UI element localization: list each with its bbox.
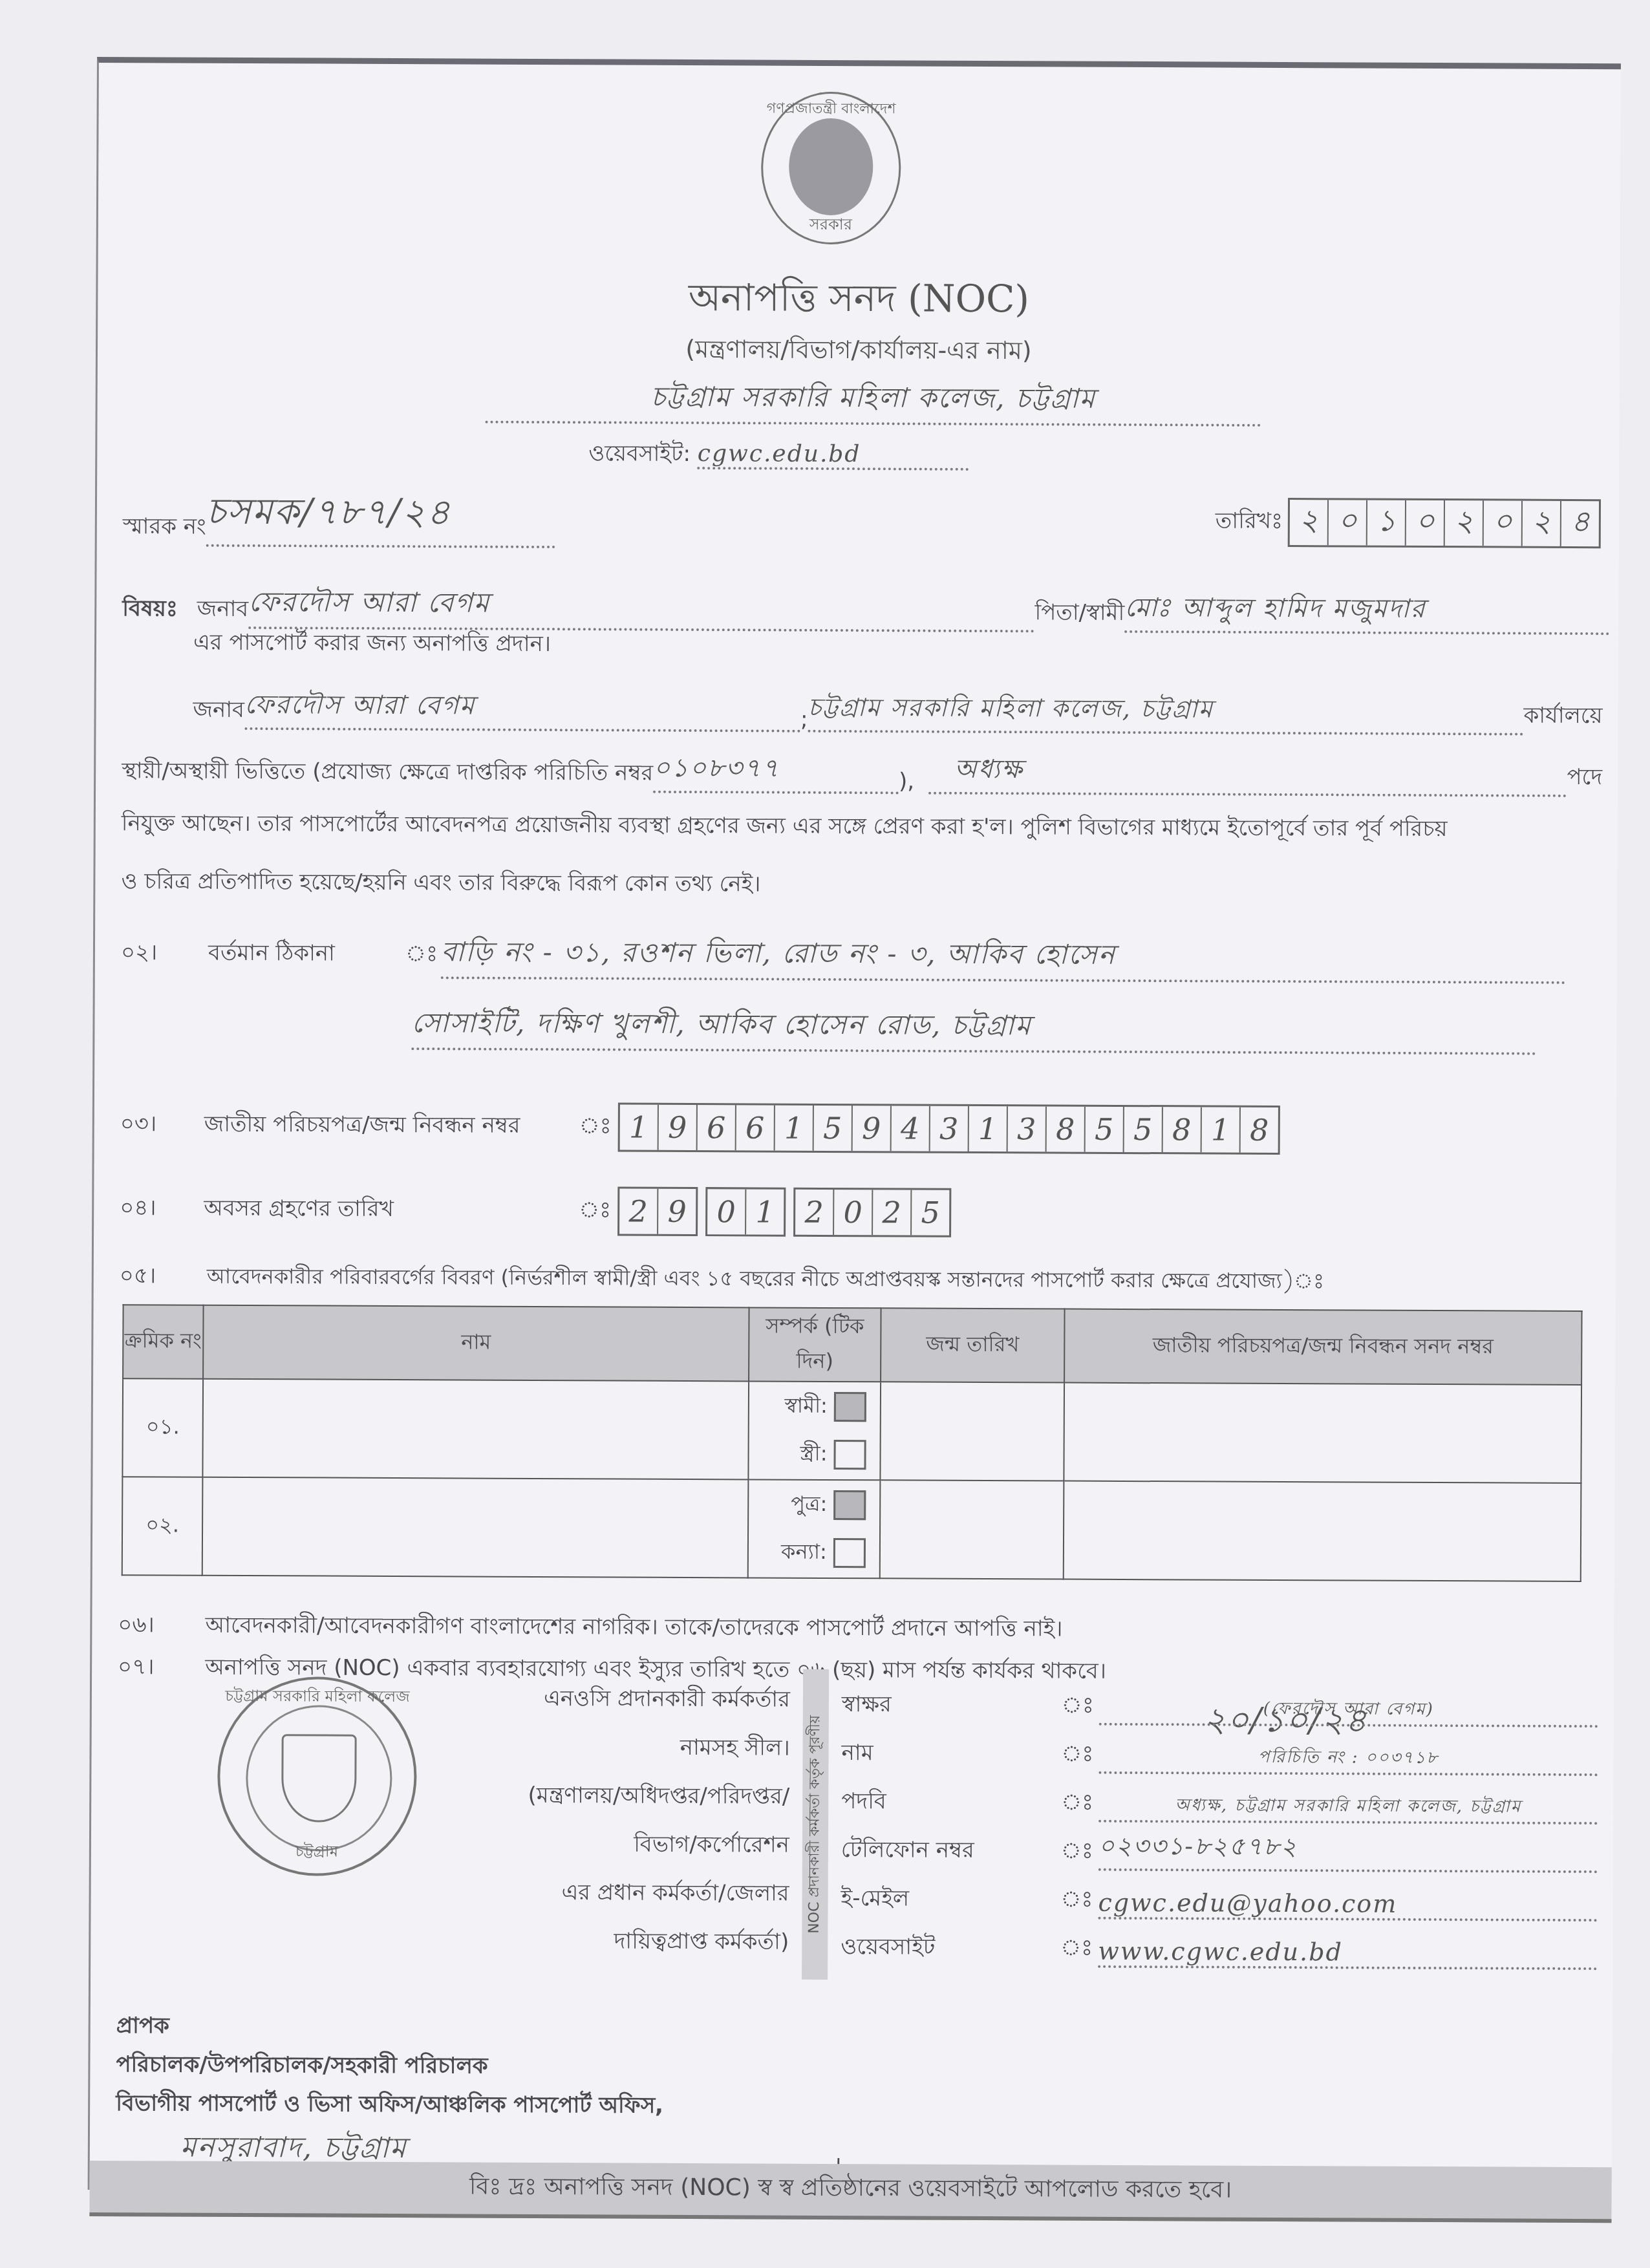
signatory-field-value[interactable]: ০২৩৩১-৮২৫৭৮২ — [1098, 1827, 1598, 1873]
signatory-vertical-label: NOC প্রদানকারী কর্মকর্তা কর্তৃক পূরণীয় — [803, 1715, 828, 1934]
nid-number-field[interactable]: 19661594313855818 — [618, 1103, 1280, 1155]
father-label: পিতা/স্বামী — [1034, 595, 1124, 633]
recipient-label: প্রাপক — [116, 2009, 169, 2046]
digit-box[interactable]: 1 — [620, 1105, 659, 1150]
row-serial: ০১. — [122, 1378, 203, 1477]
nid-label: জাতীয় পরিচয়পত্র/জন্ম নিবন্ধন নম্বর — [204, 1107, 579, 1146]
husband-checkbox[interactable] — [834, 1392, 866, 1422]
row-serial: ০২. — [122, 1477, 203, 1576]
recipient-line-1: পরিচালক/উপপরিচালক/সহকারী পরিচালক — [116, 2048, 487, 2086]
relation-son-label: পুত্র: — [791, 1488, 827, 1523]
basis-label: স্থায়ী/অস্থায়ী ভিত্তিতে (প্রযোজ্য ক্ষে… — [122, 754, 653, 793]
son-checkbox[interactable] — [833, 1490, 866, 1520]
address-label: বর্তমান ঠিকানা — [208, 936, 402, 974]
post-suffix: পদে — [1567, 760, 1602, 797]
digit-box[interactable]: ২ — [1290, 500, 1329, 545]
retirement-num: ০৪। — [120, 1191, 204, 1228]
digit-box[interactable]: ২ — [1445, 500, 1484, 546]
signatory-field-label: স্বাক্ষর — [842, 1687, 1062, 1725]
digit-box[interactable]: ১ — [1367, 500, 1406, 546]
signatory-field-value[interactable]: পরিচিতি নং : ০০৩৭১৮ — [1098, 1743, 1598, 1776]
col-serial: ক্রমিক নং — [123, 1305, 203, 1379]
row-nid-cell[interactable] — [1064, 1481, 1581, 1581]
signatory-description-line: বিভাগ/কর্পোরেশন — [453, 1819, 789, 1869]
relation-wife-label: স্ত্রী: — [800, 1437, 828, 1472]
signatory-fields: স্বাক্ষরঃ(ফেরদৌস আরা বেগম)নামঃপরিচিতি নং… — [841, 1676, 1598, 1970]
col-name: নাম — [203, 1305, 749, 1382]
subject-name-field[interactable]: ফেরদৌস আরা বেগম — [248, 581, 1034, 632]
signatory-field-value[interactable]: অধ্যক্ষ, চট্টগ্রাম সরকারি মহিলা কলেজ, চট… — [1098, 1792, 1598, 1824]
office-suffix: কার্যালয়ে — [1523, 699, 1602, 736]
signatory-field-value[interactable]: www.cgwc.edu.bd — [1098, 1937, 1597, 1970]
college-seal-stamp: চট্টগ্রাম সরকারি মহিলা কলেজ চট্টগ্রাম — [217, 1676, 417, 1876]
memo-row: স্মারক নং চসমক/৭৮৭/২৪ — [123, 483, 555, 548]
signatory-description-line: এর প্রধান কর্মকর্তা/জেলার — [453, 1868, 789, 1918]
retirement-label: অবসর গ্রহণের তারিখ — [204, 1191, 579, 1230]
signatory-field-row: টেলিফোন নম্বরঃ০২৩৩১-৮২৫৭৮২ — [841, 1821, 1598, 1873]
recipient-line-2: বিভাগীয় পাসপোর্ট ও ভিসা অফিস/আঞ্চলিক পা… — [116, 2086, 663, 2126]
signatory-field-row: স্বাক্ষরঃ(ফেরদৌস আরা বেগম) — [842, 1676, 1598, 1728]
office-name-field[interactable]: চট্টগ্রাম সরকারি মহিলা কলেজ, চট্টগ্রাম — [486, 375, 1261, 427]
emblem-ring-bottom: সরকার — [763, 212, 899, 239]
signatory-field-label: ই-মেইল — [841, 1881, 1060, 1919]
signatory-field-label: টেলিফোন নম্বর — [841, 1833, 1061, 1870]
signatory-field-value[interactable]: (ফেরদৌস আরা বেগম) — [1099, 1695, 1598, 1728]
signatory-field-row: ই-মেইলঃcgwc.edu@yahoo.com — [841, 1870, 1597, 1921]
digit-box[interactable]: 9 — [659, 1105, 698, 1150]
digit-box[interactable]: 5 — [912, 1190, 949, 1236]
relation-daughter-label: কন্যা: — [781, 1535, 827, 1570]
website-row: ওয়েবসাইট: cgwc.edu.bd — [588, 436, 969, 475]
digit-box[interactable]: 0 — [707, 1189, 746, 1234]
subject-label: বিষয়ঃ — [122, 592, 178, 628]
stamp-bottom-text: চট্টগ্রাম — [220, 1839, 414, 1866]
digit-box[interactable]: 9 — [658, 1189, 696, 1234]
digit-box[interactable]: ০ — [1329, 500, 1367, 545]
digit-box[interactable]: 6 — [698, 1105, 736, 1150]
digit-box[interactable]: ০ — [1484, 500, 1523, 546]
signatory-description: এনওসি প্রদানকারী কর্মকর্তারনামসহ সীল।(মন… — [453, 1674, 790, 1966]
date-field[interactable]: ২০১০২০২৪ — [1288, 498, 1601, 548]
signatory-vertical-band: NOC প্রদানকারী কর্মকর্তা কর্তৃক পূরণীয় — [802, 1669, 829, 1980]
address-row: ০২। বর্তমান ঠিকানা ঃ বাড়ি নং - ৩১, রওশন… — [121, 929, 1602, 984]
designation-field[interactable]: অধ্যক্ষ — [928, 749, 1567, 797]
date-row: তারিখঃ ২০১০২০২৪ — [1216, 498, 1602, 549]
retirement-day-field[interactable]: 29 — [617, 1187, 698, 1237]
retirement-month-field[interactable]: 01 — [705, 1187, 786, 1237]
digit-box[interactable]: 8 — [1163, 1107, 1202, 1152]
row-relation-cell: পুত্র: কন্যা: — [748, 1479, 881, 1578]
nid-row: ০৩। জাতীয় পরিচয়পত্র/জন্ম নিবন্ধন নম্বর… — [120, 1100, 1280, 1155]
row-nid-cell[interactable] — [1064, 1383, 1581, 1483]
form-subtitle: (মন্ত্রণালয়/বিভাগ/কার্যালয়-এর নাম) — [98, 328, 1620, 376]
digit-box[interactable]: 1 — [775, 1106, 814, 1151]
noc-form: গণপ্রজাতন্ত্রী বাংলাদেশ সরকার অনাপত্তি স… — [88, 57, 1621, 2196]
website-label: ওয়েবসাইট: — [588, 440, 691, 467]
table-row: ০২. পুত্র: কন্যা: — [122, 1477, 1581, 1581]
digit-box[interactable]: 4 — [892, 1106, 930, 1151]
digit-box[interactable]: 5 — [1086, 1107, 1124, 1152]
signatory-field-label: পদবি — [841, 1784, 1061, 1822]
retirement-year-field[interactable]: 2025 — [793, 1188, 951, 1237]
citizen-row: ০৬। আবেদনকারী/আবেদনকারীগণ বাংলাদেশের নাগ… — [118, 1608, 1062, 1649]
signatory-field-label: নাম — [841, 1736, 1061, 1773]
citizen-num: ০৬। — [118, 1608, 202, 1645]
footer-note: বিঃ দ্রঃ অনাপত্তি সনদ (NOC) স্ব স্ব প্রত… — [89, 2161, 1611, 2223]
digit-box[interactable]: 1 — [1202, 1107, 1241, 1152]
digit-box[interactable]: 6 — [736, 1105, 775, 1150]
signatory-description-line: এনওসি প্রদানকারী কর্মকর্তার — [454, 1674, 790, 1724]
row-name-cell[interactable] — [202, 1379, 749, 1480]
official-id-field[interactable]: ০১০৮৩৭৭ — [653, 747, 899, 795]
signatory-description-line: নামসহ সীল। — [453, 1722, 789, 1772]
wife-checkbox[interactable] — [833, 1440, 866, 1470]
digit-box[interactable]: ২ — [1523, 501, 1561, 546]
signatory-field-label: ওয়েবসাইট — [841, 1930, 1060, 1967]
body-office-field[interactable]: চট্টগ্রাম সরকারি মহিলা কলেজ, চট্টগ্রাম — [808, 689, 1523, 736]
table-row: ০১. স্বামী: স্ত্রী: — [122, 1378, 1581, 1483]
digit-box[interactable]: 8 — [1241, 1107, 1278, 1153]
family-label: আবেদনকারীর পরিবারবর্গের বিবরণ (নির্ভরশীল… — [207, 1264, 1324, 1294]
body-name-field[interactable]: ফেরদৌস আরা বেগম — [244, 684, 800, 733]
col-relation: সম্পর্ক (টিক দিন) — [749, 1307, 881, 1382]
body-paragraph-2: ও চরিত্র প্রতিপাদিত হয়েছে/হয়নি এবং তার… — [121, 864, 760, 904]
family-row: ০৫। আবেদনকারীর পরিবারবর্গের বিবরণ (নির্ভ… — [120, 1259, 1325, 1301]
memo-number-field[interactable]: চসমক/৭৮৭/২৪ — [206, 484, 555, 548]
daughter-checkbox[interactable] — [833, 1538, 866, 1568]
signatory-field-value[interactable]: cgwc.edu@yahoo.com — [1098, 1888, 1597, 1921]
website-field[interactable]: cgwc.edu.bd — [698, 440, 969, 471]
digit-box[interactable]: 2 — [619, 1189, 658, 1234]
digit-box[interactable]: 5 — [1124, 1107, 1163, 1152]
family-num: ০৫। — [120, 1259, 204, 1296]
signatory-field-row: নামঃপরিচিতি নং : ০০৩৭১৮ — [841, 1724, 1598, 1776]
digit-box[interactable]: 1 — [746, 1189, 784, 1234]
footer-note-text: বিঃ দ্রঃ অনাপত্তি সনদ (NOC) স্ব স্ব প্রত… — [469, 2169, 1232, 2211]
validity-num: ০৭। — [118, 1650, 202, 1687]
digit-box[interactable]: 3 — [930, 1106, 969, 1151]
row-dob-cell[interactable] — [880, 1480, 1064, 1579]
signatory-description-line: দায়িত্বপ্রাপ্ত কর্মকর্তা) — [453, 1916, 789, 1966]
digit-box[interactable]: 9 — [853, 1106, 892, 1151]
relation-husband-label: স্বামী: — [784, 1389, 828, 1424]
body-row-1: জনাব ফেরদৌস আরা বেগম ; চট্টগ্রাম সরকারি … — [193, 684, 1602, 736]
digit-box[interactable]: 2 — [873, 1190, 912, 1235]
family-table: ক্রমিক নং নাম সম্পর্ক (টিক দিন) জন্ম তার… — [122, 1304, 1583, 1582]
signatory-description-line: (মন্ত্রণালয়/অধিদপ্তর/পরিদপ্তর/ — [453, 1771, 789, 1821]
digit-box[interactable]: ৪ — [1561, 501, 1599, 546]
digit-box[interactable]: 0 — [834, 1190, 873, 1235]
memo-label: স্মারক নং — [123, 509, 206, 547]
row-name-cell[interactable] — [202, 1477, 749, 1578]
body-janab: জনাব — [193, 693, 244, 730]
body-row-2: স্থায়ী/অস্থায়ী ভিত্তিতে (প্রযোজ্য ক্ষে… — [122, 745, 1602, 797]
citizen-text: আবেদনকারী/আবেদনকারীগণ বাংলাদেশের নাগরিক।… — [205, 1612, 1062, 1642]
form-title: অনাপত্তি সনদ (NOC) — [98, 266, 1620, 336]
signatory-field-row: পদবিঃঅধ্যক্ষ, চট্টগ্রাম সরকারি মহিলা কলে… — [841, 1773, 1598, 1824]
college-crest-icon — [281, 1734, 357, 1823]
subject-janab: জনাব — [197, 592, 249, 629]
subject-line2: এর পাসপোর্ট করার জন্য অনাপত্তি প্রদান। — [193, 626, 551, 664]
digit-box[interactable]: 5 — [814, 1106, 853, 1151]
digit-box[interactable]: 3 — [1008, 1106, 1047, 1151]
address-num: ০২। — [121, 936, 205, 973]
nid-num: ০৩। — [120, 1107, 204, 1144]
digit-box[interactable]: 8 — [1047, 1106, 1086, 1151]
emblem-seal-icon — [789, 118, 873, 216]
row-dob-cell[interactable] — [880, 1382, 1064, 1481]
row-relation-cell: স্বামী: স্ত্রী: — [748, 1381, 881, 1480]
col-nid: জাতীয় পরিচয়পত্র/জন্ম নিবন্ধন সনদ নম্বর — [1064, 1309, 1581, 1385]
retirement-row: ০৪। অবসর গ্রহণের তারিখ ঃ 29 01 2025 — [120, 1184, 951, 1237]
address-line-2-field[interactable]: সোসাইটি, দক্ষিণ খুলশী, আকিব হোসেন রোড, চ… — [411, 1001, 1536, 1055]
signatory-field-row: ওয়েবসাইটঃwww.cgwc.edu.bd — [841, 1918, 1597, 1970]
col-dob: জন্ম তারিখ — [881, 1308, 1064, 1382]
digit-box[interactable]: 1 — [969, 1106, 1008, 1151]
body-paragraph-1: নিযুক্ত আছেন। তার পাসপোর্টের আবেদনপত্র প… — [122, 806, 1602, 850]
date-label: তারিখঃ — [1216, 504, 1283, 540]
government-emblem: গণপ্রজাতন্ত্রী বাংলাদেশ সরকার — [761, 91, 901, 244]
digit-box[interactable]: 2 — [795, 1190, 834, 1235]
father-name-field[interactable]: মোঃ আব্দুল হামিদ মজুমদার — [1124, 587, 1609, 635]
address-line-1-field[interactable]: বাড়ি নং - ৩১, রওশন ভিলা, রোড নং - ৩, আক… — [441, 930, 1566, 984]
digit-box[interactable]: ০ — [1406, 500, 1445, 546]
